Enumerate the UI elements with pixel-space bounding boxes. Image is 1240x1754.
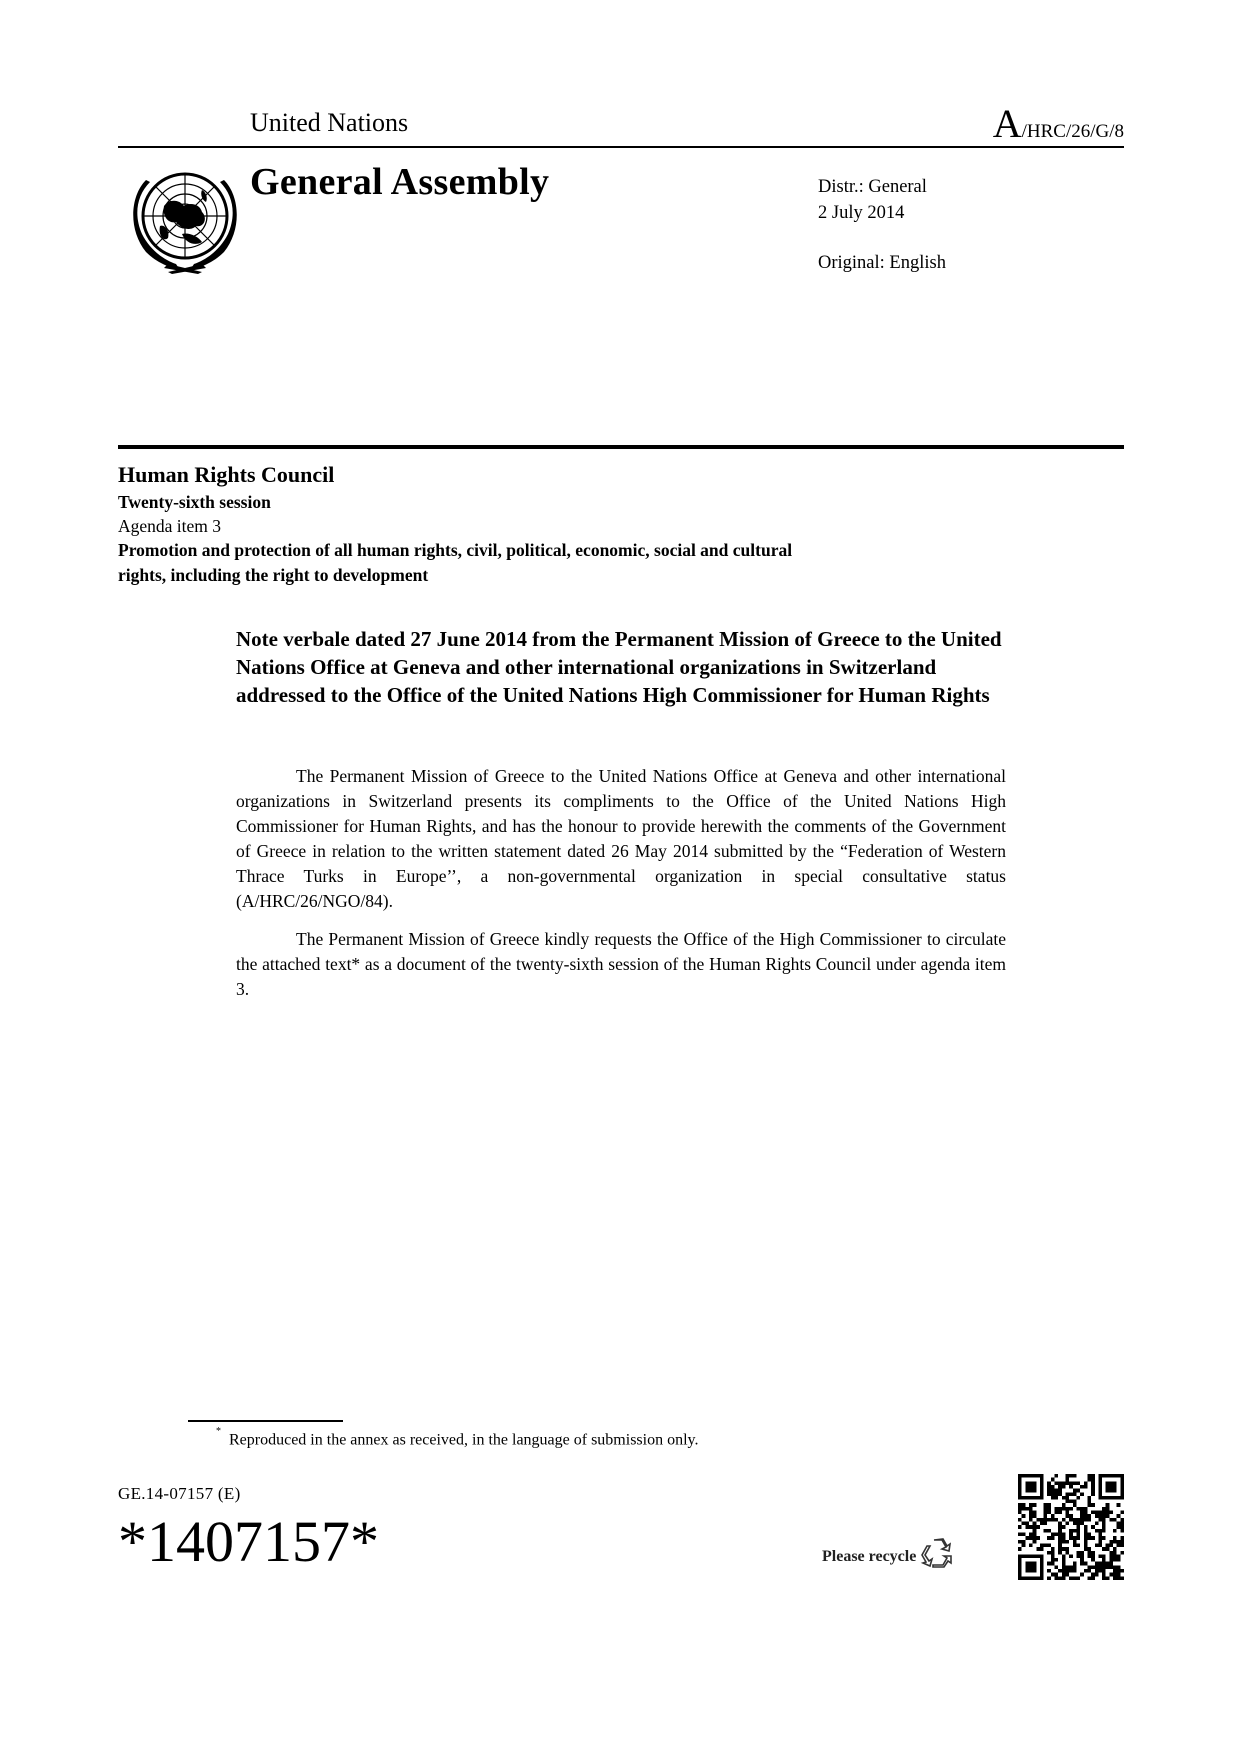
recycle-icon <box>920 1536 956 1577</box>
distribution-block: Distr.: General 2 July 2014 Original: En… <box>818 174 946 276</box>
barcode-text: *1407157* <box>118 1510 379 1574</box>
qr-code-icon <box>1018 1474 1124 1580</box>
header-rule <box>118 146 1124 148</box>
footnote-marker: * <box>216 1426 221 1437</box>
original-language: Original: English <box>818 250 946 276</box>
recycle-label: Please recycle <box>822 1548 916 1566</box>
section-rule <box>118 445 1124 449</box>
job-number: GE.14-07157 (E) <box>118 1484 241 1504</box>
footnote-text: Reproduced in the annex as received, in … <box>229 1431 699 1448</box>
footnote: *Reproduced in the annex as received, in… <box>216 1430 699 1449</box>
note-title: Note verbale dated 27 June 2014 from the… <box>236 625 1016 709</box>
un-emblem-icon <box>124 160 246 274</box>
body-title: General Assembly <box>250 160 549 204</box>
distribution-type: Distr.: General <box>818 174 946 200</box>
symbol-prefix: A <box>993 101 1022 146</box>
paragraph: The Permanent Mission of Greece to the U… <box>236 764 1006 914</box>
council-block: Human Rights Council Twenty-sixth sessio… <box>118 460 798 588</box>
paragraph: The Permanent Mission of Greece kindly r… <box>236 927 1006 1002</box>
footnote-rule <box>188 1420 343 1422</box>
document-date: 2 July 2014 <box>818 200 946 226</box>
agenda-item: Agenda item 3 <box>118 514 798 538</box>
session-name: Twenty-sixth session <box>118 490 798 514</box>
symbol-rest: /HRC/26/G/8 <box>1022 121 1124 142</box>
recycle-notice: Please recycle <box>822 1536 956 1577</box>
note-body: The Permanent Mission of Greece to the U… <box>236 764 1006 1015</box>
document-symbol: A/HRC/26/G/8 <box>993 100 1124 147</box>
agenda-topic: Promotion and protection of all human ri… <box>118 538 798 588</box>
organization-name: United Nations <box>250 108 408 138</box>
council-name: Human Rights Council <box>118 460 798 490</box>
